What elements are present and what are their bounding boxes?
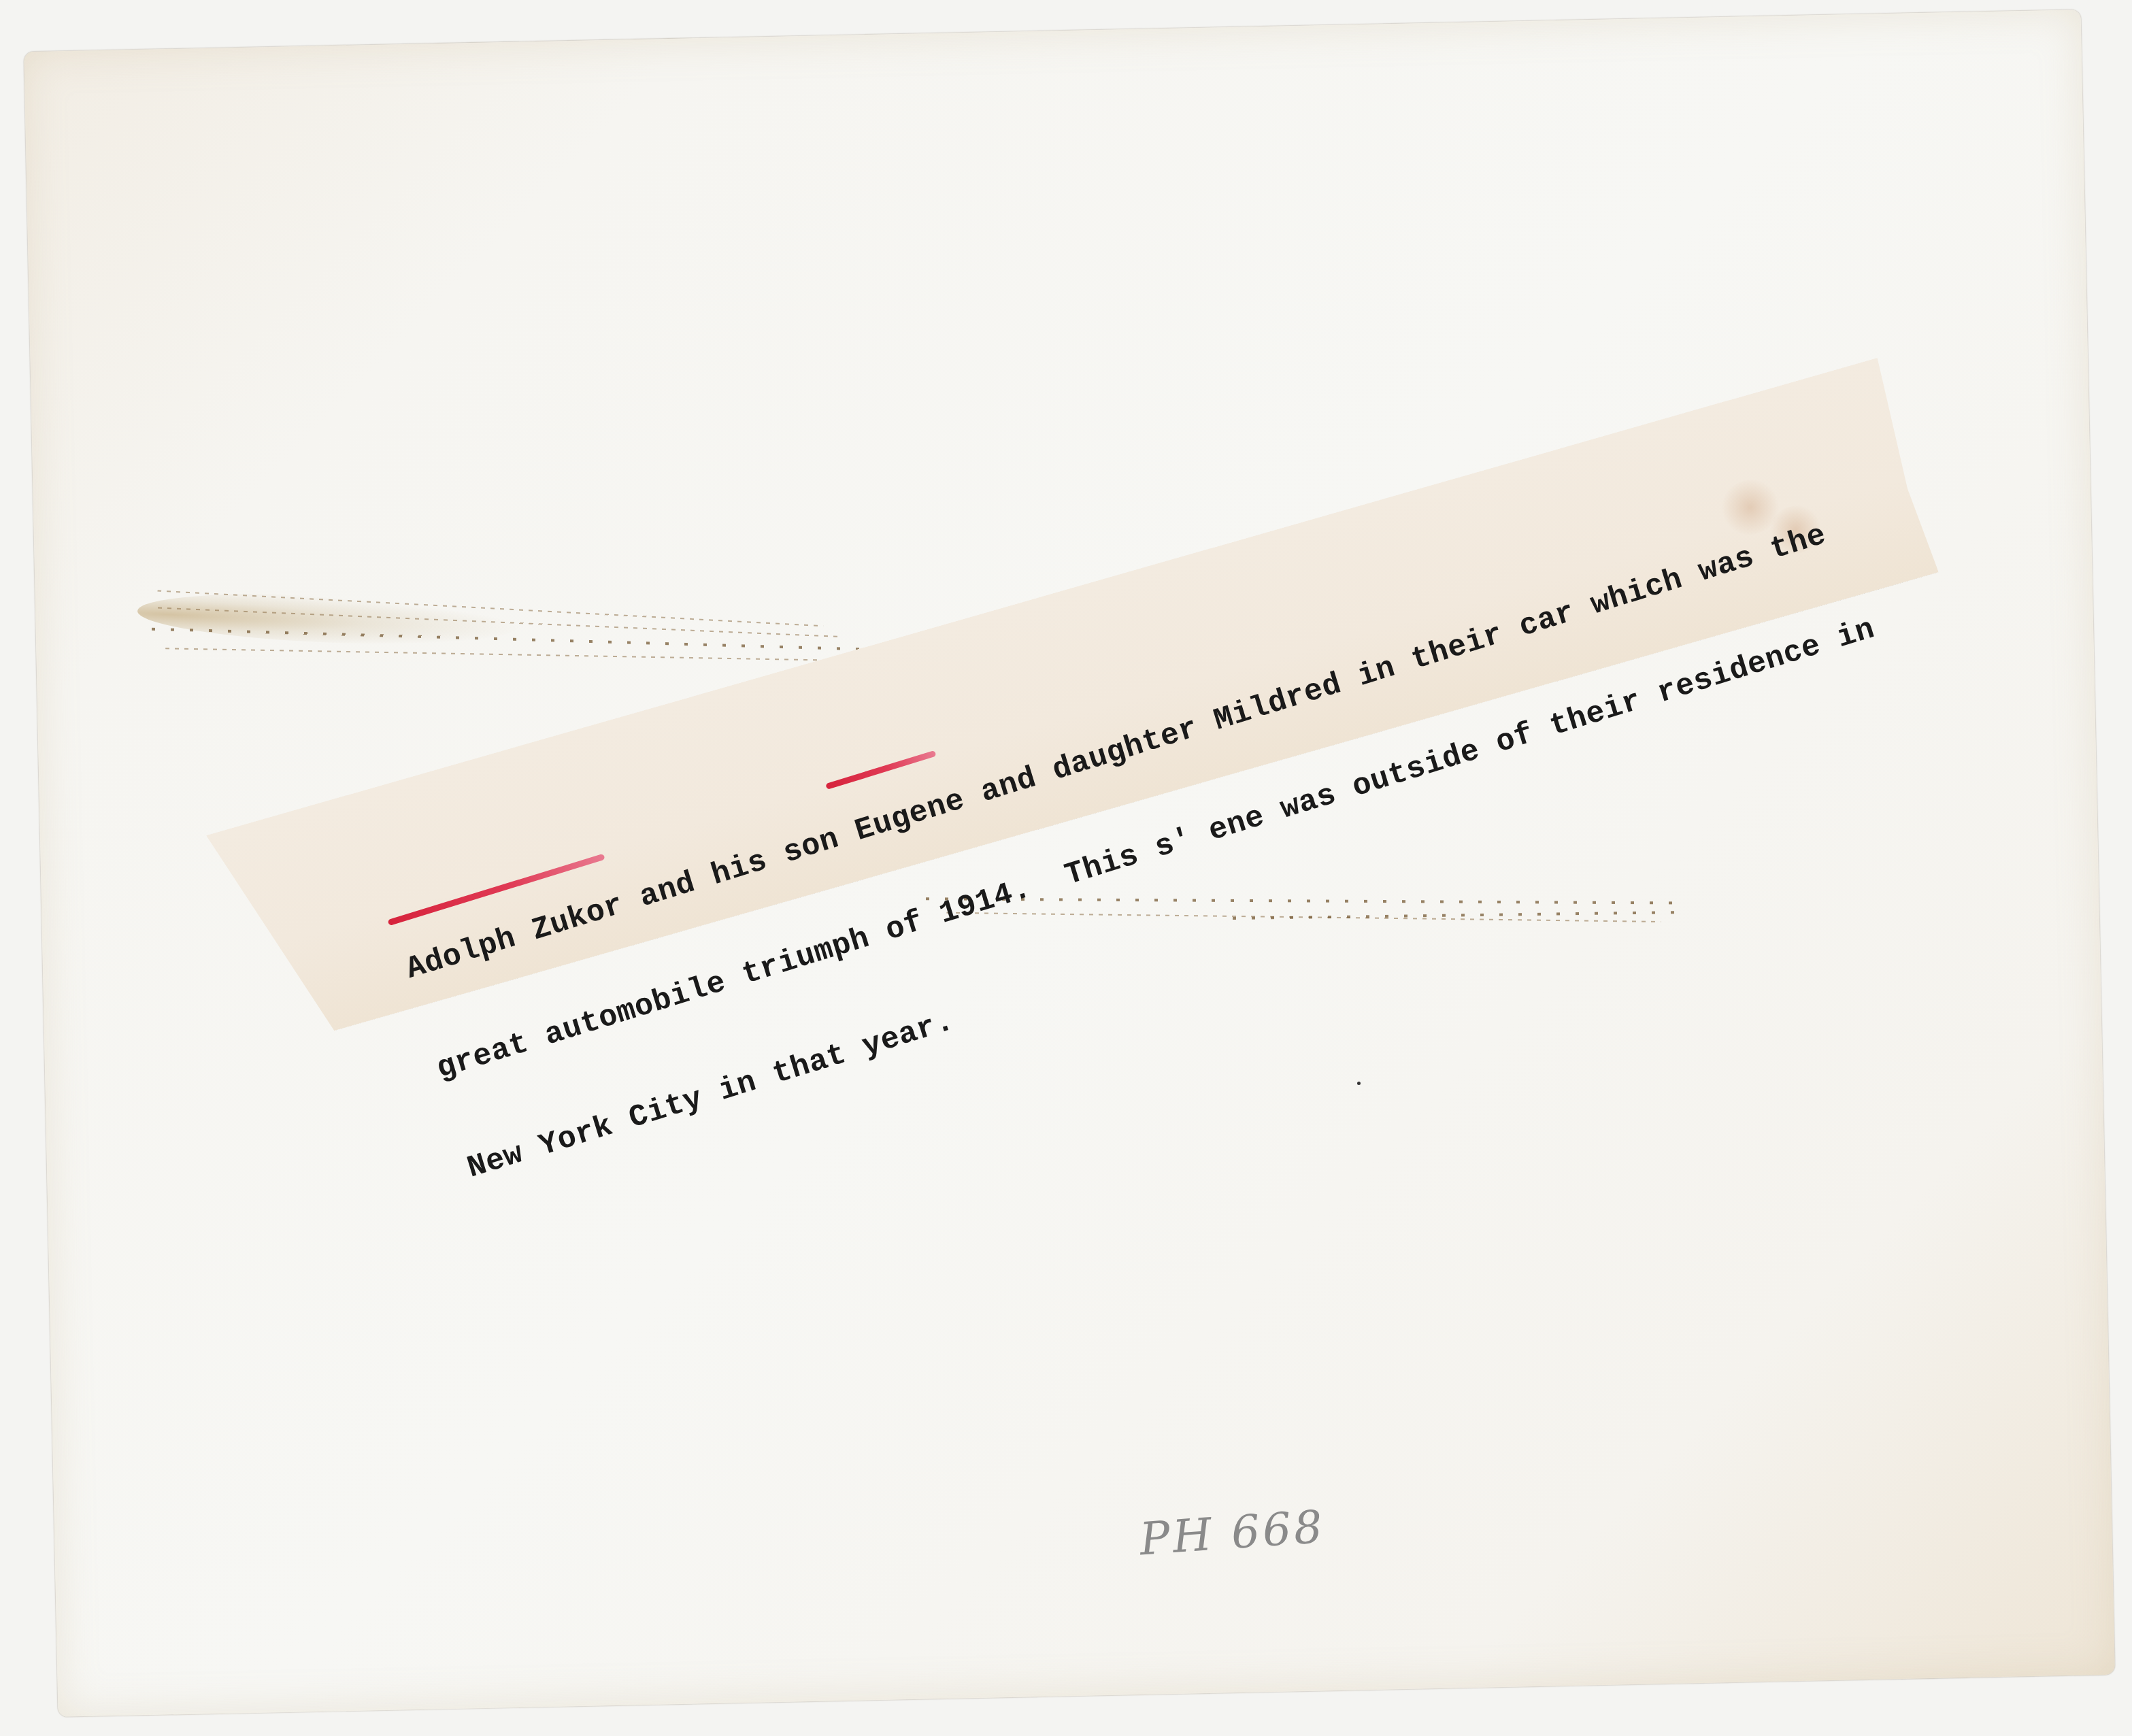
glue-streak-upper-4 <box>165 648 846 661</box>
ink-speck <box>1357 1082 1361 1085</box>
glue-residue-upper <box>137 587 519 650</box>
